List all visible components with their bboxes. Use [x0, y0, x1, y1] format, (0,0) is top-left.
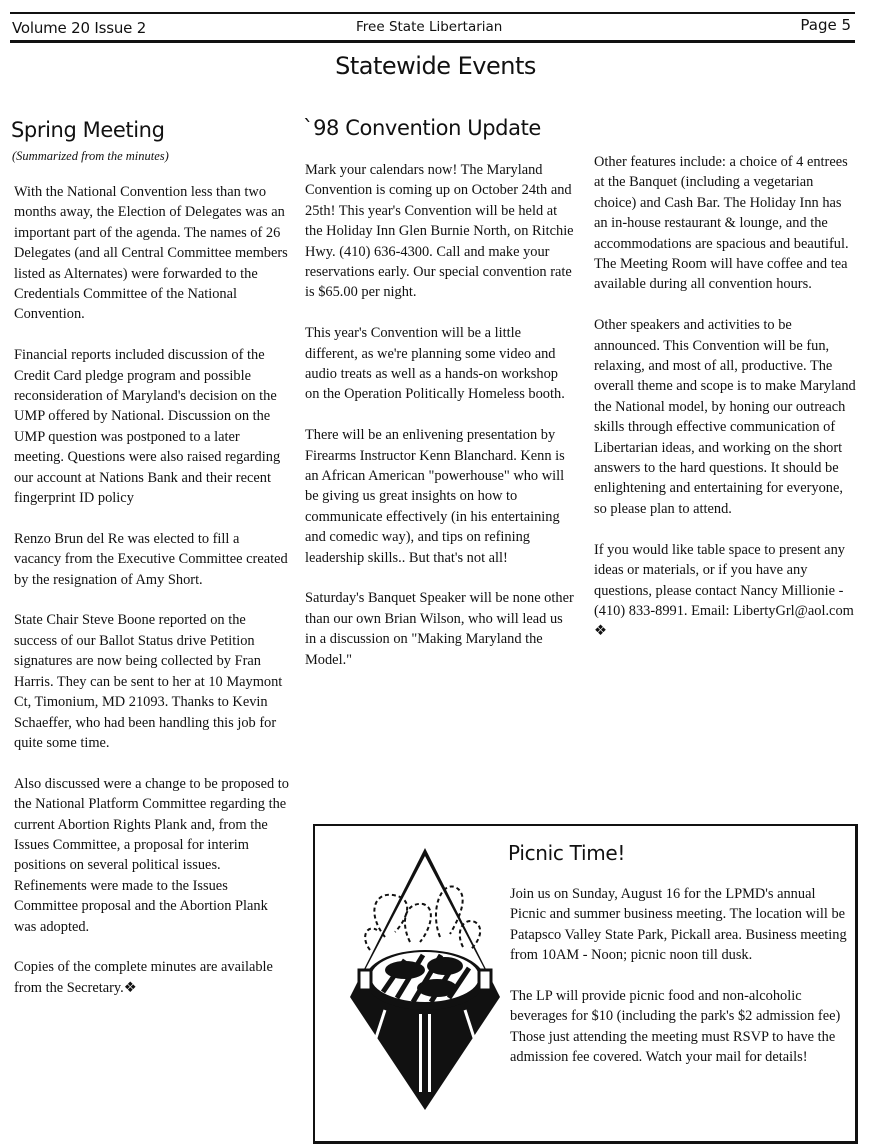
article-paragraph: Mark your calendars now! The Maryland Co…: [305, 160, 575, 303]
spring-meeting-article: With the National Convention less than t…: [14, 182, 289, 1019]
article-paragraph: Join us on Sunday, August 16 for the LPM…: [510, 884, 850, 966]
spring-meeting-title: Spring Meeting: [11, 118, 165, 142]
article-paragraph: Financial reports included discussion of…: [14, 345, 289, 508]
convention-update-title: `98 Convention Update: [303, 116, 541, 140]
page-title: Statewide Events: [0, 52, 871, 80]
article-paragraph: Other speakers and activities to be anno…: [594, 315, 856, 519]
volume-issue: Volume 20 Issue 2: [12, 17, 146, 39]
barbecue-grill-icon: [345, 842, 505, 1117]
spring-meeting-subtitle: (Summarized from the minutes): [12, 149, 169, 164]
convention-update-continued: Other features include: a choice of 4 en…: [594, 152, 856, 662]
page-number: Page 5: [800, 14, 851, 36]
running-header: Volume 20 Issue 2 Free State Libertarian…: [10, 12, 855, 43]
convention-update-article: Mark your calendars now! The Maryland Co…: [305, 160, 575, 691]
article-paragraph: If you would like table space to present…: [594, 540, 856, 642]
article-paragraph: There will be an enlivening presentation…: [305, 425, 575, 568]
article-paragraph: Saturday's Banquet Speaker will be none …: [305, 588, 575, 670]
article-paragraph: With the National Convention less than t…: [14, 182, 289, 325]
article-paragraph: Copies of the complete minutes are avail…: [14, 957, 289, 998]
picnic-announcement-box: Picnic Time! Join us on Sunday, August 1…: [313, 824, 858, 1144]
article-paragraph: This year's Convention will be a little …: [305, 323, 575, 405]
article-paragraph: Renzo Brun del Re was elected to fill a …: [14, 529, 289, 590]
article-paragraph: Other features include: a choice of 4 en…: [594, 152, 856, 295]
article-paragraph: Also discussed were a change to be propo…: [14, 774, 289, 937]
article-paragraph: The LP will provide picnic food and non-…: [510, 986, 850, 1068]
article-paragraph: State Chair Steve Boone reported on the …: [14, 610, 289, 753]
publication-name: Free State Libertarian: [356, 16, 502, 38]
picnic-title: Picnic Time!: [508, 841, 625, 865]
picnic-article: Join us on Sunday, August 16 for the LPM…: [510, 884, 850, 1088]
